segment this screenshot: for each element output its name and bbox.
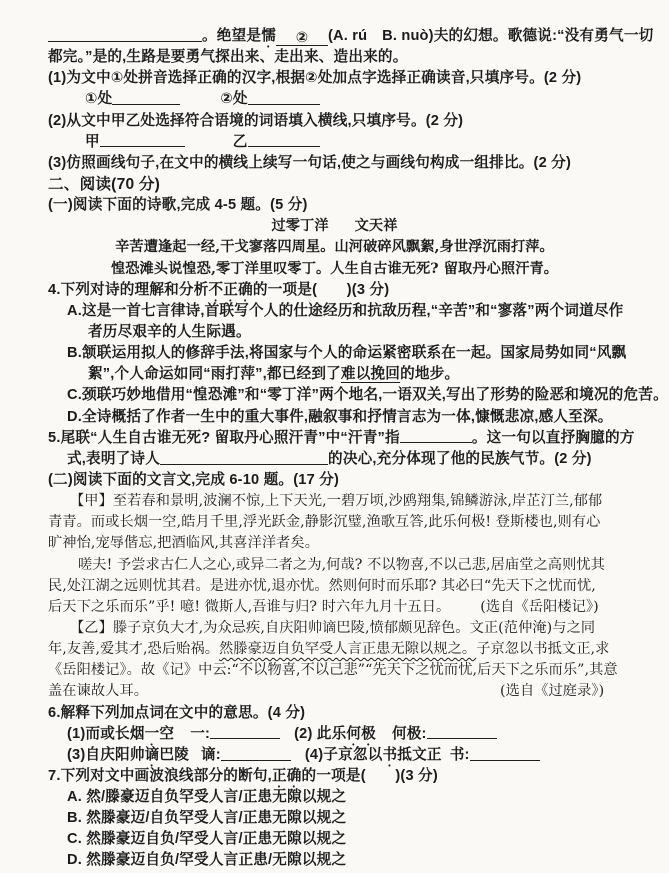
- text-run: (1)为文中①处拼音选择正确的汉字,根据②处加点字选择正确读音,只填序号。(2 …: [48, 70, 581, 86]
- text-run: ②处: [220, 91, 247, 107]
- text-run: (二)阅读下面的文言文,完成 6-10 题。(17 分): [48, 472, 339, 488]
- spacer: [450, 610, 480, 611]
- text-run: 都完。”是的,生路是要勇气探出来、走出来、造出来的。: [48, 49, 408, 65]
- q5-stem-line-2: 式,表明了诗人的决心,充分体现了他的民族气节。(2 分): [0, 449, 669, 470]
- text-run: 巴陵: [159, 747, 189, 763]
- q6-stem: 6.解释下列加点词在文中的意思。(4 分): [0, 703, 669, 724]
- text-run: 二、阅读(70 分): [48, 176, 160, 193]
- text-run: D.全诗概括了作者一生中的重大事件,融叙事和抒情言志为一体,慷慨悲凉,感人至深。: [67, 409, 613, 425]
- passage-yi-line-3: 《岳阳楼记》。故《记》中云:“不以物喜,不以己悲”“先天下之忧而忧,后天下之乐而…: [0, 660, 669, 681]
- q2-stem: (2)从文中甲乙处选择符合语境的词语填入横线,只填序号。(2 分): [0, 111, 669, 132]
- q7-option-c: C. 然滕豪迈自负/罕受人言/正患无隙以规之: [0, 829, 669, 850]
- q4-option-d: D.全诗概括了作者一生中的重大事件,融叙事和抒情言志为一体,慷慨悲凉,感人至深。: [0, 407, 669, 428]
- text-run: 6.解释下列加点词在文中的意思。(4 分): [48, 705, 305, 721]
- part-two-instruction: (二)阅读下面的文言文,完成 6-10 题。(17 分): [0, 470, 669, 491]
- text-run: 7.下列对文中画波浪线部分的断句,: [48, 768, 272, 784]
- answer-blank: [110, 27, 202, 42]
- text-run: (2)从文中甲乙处选择符合语境的词语填入横线,只填序号。(2 分): [48, 113, 463, 129]
- spacer: [442, 758, 450, 759]
- text-run: C. 然滕豪迈自负/罕受人言/正患无隙以规之: [67, 831, 346, 847]
- text-run: 式,表明了诗人: [67, 451, 160, 467]
- part-one-instruction: (一)阅读下面的诗歌,完成 4-5 题。(5 分): [0, 195, 669, 216]
- text-run: 4.下列对诗的理解和分析: [48, 282, 209, 298]
- text-run: 。绝望是: [202, 28, 261, 44]
- passage-jia-line-6: 后天下之乐而乐”乎! 噫! 微斯人,吾谁与归? 时六年九月十五日。(选自《岳阳楼…: [0, 597, 669, 618]
- text-run: (3)自庆阳帅: [67, 747, 145, 763]
- q4-option-a: A.这是一首七言律诗,首联写个人的仕途经历和抗敌历程,“辛苦”和“寥落”两个词道…: [0, 301, 669, 322]
- passage-jia-line-5: 民,处江湖之远则忧其君。是进亦忧,退亦忧。然则何时而乐耶? 其必曰“先天下之忧而…: [0, 576, 669, 597]
- answer-blank: [160, 450, 328, 465]
- text-run: 【乙】滕子京负大才,为众忌疾,自庆阳帅谪巴陵,愤郁颇见辞色。文正(范仲淹)与之同: [70, 620, 595, 636]
- document-content: 。绝望是懦②(A. rú B. nuò)夫的幻想。歌德说:“没有勇气一切都完。”…: [0, 0, 669, 872]
- text-run: 文天祥: [355, 218, 398, 234]
- text-run: 抵文正: [397, 747, 441, 763]
- dotted-term: 懦: [261, 28, 276, 44]
- text-run: 辛苦遭逢起一经,干戈寥落四周星。山河破碎风飘絮,身世浮沉雨打萍。: [115, 239, 554, 255]
- text-run: 的一项是( )(3 分): [302, 768, 438, 784]
- q2-answer-line: 甲乙: [0, 132, 669, 153]
- q4-option-b: B.颔联运用拟人的修辞手法,将国家与个人的命运紧密联系在一起。国家局势如同“风飘: [0, 343, 669, 364]
- text-run: 《岳阳楼记》。故《记》中云:“不以物喜,不以己悲”“先天下之忧而忧,后天下之乐而…: [48, 662, 618, 678]
- q4-stem: 4.下列对诗的理解和分析不正确的一项是( )(3 分): [0, 280, 669, 301]
- text-run: (一)阅读下面的诗歌,完成 4-5 题。(5 分): [48, 197, 308, 213]
- dotted-term: 谪: [145, 747, 160, 763]
- dotted-term: 正确: [272, 768, 302, 784]
- spacer: [189, 758, 201, 759]
- spacer: [185, 145, 233, 146]
- passage-yi-line-2: 年,友善,爱其才,恐后贻祸。然滕豪迈自负罕受人言正患无隙以规之。子京忽以书抵文正…: [0, 639, 669, 660]
- text-run: 5.尾联“人生自古谁无死? 留取丹心照汗青”中“汗青”指: [48, 430, 400, 446]
- text-run: 絮”,个人命运如同“雨打萍”,都已经到了: [88, 366, 341, 382]
- text-run: 盖在谏故人耳。: [48, 683, 148, 699]
- text-run: 。这一句以直抒胸臆的方: [472, 430, 635, 446]
- text-run: 甲: [85, 134, 100, 150]
- answer-blank: [112, 90, 180, 105]
- intro-line-2: 都完。”是的,生路是要勇气探出来、走出来、造出来的。: [0, 47, 669, 68]
- answer-blank: [48, 27, 110, 42]
- passage-yi-line-4: 盖在谏故人耳。(选自《过庭录》): [0, 681, 669, 702]
- exam-paper-page: 。绝望是懦②(A. rú B. nuò)夫的幻想。歌德说:“没有勇气一切都完。”…: [0, 0, 669, 873]
- text-run: 的决心,充分体现了他的民族气节。(2 分): [328, 451, 592, 467]
- wavy-underlined-sentence: 然滕豪迈自负罕受人言正患无隙以规之。: [219, 641, 476, 657]
- text-run: 谪:: [201, 747, 221, 763]
- underlined-phrase: 难以挽回: [341, 366, 400, 382]
- q7-option-d: D. 然滕豪迈自负/罕受人言正患/无隙以规之: [0, 850, 669, 871]
- answer-blank: [470, 746, 540, 761]
- passage-jia-line-4: 嗟夫! 予尝求古仁人之心,或异二者之为,何哉? 不以物喜,不以己悲,居庙堂之高则…: [0, 555, 669, 576]
- text-run: 旷神怡,宠辱偕忘,把酒临风,其喜洋洋者矣。: [48, 535, 319, 551]
- answer-blank: [100, 133, 185, 148]
- q7-option-a: A. 然/滕豪迈自负罕受人言/正患无隙以规之: [0, 787, 669, 808]
- text-run: 惶恐滩头说惶恐,零丁洋里叹零丁。人生自古谁无死? 留取丹心照汗青。: [111, 261, 558, 277]
- text-run: 子京忽以书抵文正,求: [476, 641, 609, 657]
- passage-jia-line-1: 【甲】至若春和景明,波澜不惊,上下天光,一碧万顷,沙鸥翔集,锦鳞游泳,岸芷汀兰,…: [0, 491, 669, 512]
- spacer: [280, 737, 294, 738]
- poem-line-1: 辛苦遭逢起一经,干戈寥落四周星。山河破碎风飘絮,身世浮沉雨打萍。: [0, 237, 669, 258]
- answer-blank: [400, 429, 472, 444]
- text-run: 过零丁洋: [271, 218, 328, 234]
- text-run: 一:: [190, 726, 210, 742]
- text-run: 者历尽艰辛的人生际遇。: [88, 324, 251, 340]
- answer-blank: [248, 90, 320, 105]
- text-run: 乙: [233, 134, 248, 150]
- q7-stem: 7.下列对文中画波浪线部分的断句,正确的一项是( )(3 分): [0, 766, 669, 787]
- text-run: 何极:: [392, 726, 427, 742]
- text-run: C.颈联巧妙地借用“惶恐滩”和“零丁洋”两个地名,一语双关,写出了形势的险恶和境…: [67, 387, 668, 403]
- passage-yi-line-1: 【乙】滕子京负大才,为众忌疾,自庆阳帅谪巴陵,愤郁颇见辞色。文正(范仲淹)与之同: [0, 618, 669, 639]
- q1-stem: (1)为文中①处拼音选择正确的汉字,根据②处加点字选择正确读音,只填序号。(2 …: [0, 68, 669, 89]
- poem-title-line: 过零丁洋文天祥: [0, 216, 669, 237]
- text-run: 青青。而或长烟一空,皓月千里,浮光跃金,静影沉璧,渔歌互答,此乐何极! 登斯楼也…: [48, 514, 600, 530]
- q5-stem-line-1: 5.尾联“人生自古谁无死? 留取丹心照汗青”中“汗青”指。这一句以直抒胸臆的方: [0, 428, 669, 449]
- answer-blank: [427, 725, 497, 740]
- q4-option-b-cont: 絮”,个人命运如同“雨打萍”,都已经到了难以挽回的地步。: [0, 364, 669, 385]
- q6-row-1: (1)而或长烟一空一:(2) 此乐何极何极:: [0, 724, 669, 745]
- text-run: (2) 此乐: [294, 726, 346, 742]
- text-run: A. 然/滕豪迈自负罕受人言/正患无隙以规之: [67, 789, 346, 805]
- source-citation: (选自《过庭录》): [500, 683, 604, 699]
- text-run: (4)子京忽以: [305, 747, 383, 763]
- q3-stem: (3)仿照画线句子,在文中的横线上续写一句话,使之与画线句构成一组排比。(2 分…: [0, 153, 669, 174]
- q7-option-b: B. 然滕豪迈/自负罕受人言/正患无隙以规之: [0, 808, 669, 829]
- text-run: 的一项是( )(3 分): [253, 282, 389, 298]
- dotted-term: 何极: [346, 726, 376, 742]
- answer-blank: [221, 746, 291, 761]
- answer-blank: ②: [276, 31, 328, 46]
- passage-jia-line-2: 青青。而或长烟一空,皓月千里,浮光跃金,静影沉璧,渔歌互答,此乐何极! 登斯楼也…: [0, 512, 669, 533]
- spacer: [376, 737, 392, 738]
- text-run: 嗟夫! 予尝求古仁人之心,或异二者之为,何哉? 不以物喜,不以己悲,居庙堂之高则…: [78, 557, 605, 573]
- q1-answer-line: ①处②处: [0, 89, 669, 110]
- text-run: 后天下之乐而乐”乎! 噫! 微斯人,吾谁与归? 时六年九月十五日。: [48, 599, 450, 615]
- spacer: [148, 694, 500, 695]
- answer-blank: [210, 725, 280, 740]
- answer-blank: [248, 133, 320, 148]
- spacer: [180, 102, 220, 103]
- text-run: (3)仿照画线句子,在文中的横线上续写一句话,使之与画线句构成一组排比。(2 分…: [48, 155, 571, 171]
- source-citation: (选自《岳阳楼记》): [480, 599, 598, 615]
- q6-row-2: (3)自庆阳帅谪巴陵谪:(4)子京忽以书抵文正书:: [0, 745, 669, 766]
- text-run: ①处: [85, 91, 112, 107]
- text-run: B. 然滕豪迈/自负罕受人言/正患无隙以规之: [67, 810, 346, 826]
- text-run: 书:: [450, 747, 470, 763]
- dotted-term: 不正确: [209, 282, 253, 298]
- text-run: B.颔联运用拟人的修辞手法,将国家与个人的命运紧密联系在一起。国家局势如同“风飘: [67, 345, 626, 361]
- dotted-term: 一: [145, 726, 160, 742]
- passage-jia-line-3: 旷神怡,宠辱偕忘,把酒临风,其喜洋洋者矣。: [0, 533, 669, 554]
- section-heading-reading: 二、阅读(70 分): [0, 174, 669, 195]
- poem-line-2: 惶恐滩头说惶恐,零丁洋里叹零丁。人生自古谁无死? 留取丹心照汗青。: [0, 259, 669, 280]
- spacer: [291, 758, 305, 759]
- text-run: 的地步。: [400, 366, 459, 382]
- text-run: 年,友善,爱其才,恐后贻祸。: [48, 641, 219, 657]
- dotted-term: 书: [383, 747, 398, 763]
- text-run: (1)而或长烟: [67, 726, 145, 742]
- text-run: A.这是一首七言律诗,首联写个人的仕途经历和抗敌历程,“辛苦”和“寥落”两个词道…: [67, 303, 623, 319]
- text-run: D. 然滕豪迈自负/罕受人言正患/无隙以规之: [67, 852, 346, 868]
- text-run: 空: [159, 726, 174, 742]
- text-run: 【甲】至若春和景明,波澜不惊,上下天光,一碧万顷,沙鸥翔集,锦鳞游泳,岸芷汀兰,…: [70, 493, 602, 509]
- q4-option-c: C.颈联巧妙地借用“惶恐滩”和“零丁洋”两个地名,一语双关,写出了形势的险恶和境…: [0, 385, 669, 406]
- text-run: 民,处江湖之远则忧其君。是进亦忧,退亦忧。然则何时而乐耶? 其必曰“先天下之忧而…: [48, 578, 596, 594]
- spacer: [329, 229, 355, 230]
- intro-line-1: 。绝望是懦②(A. rú B. nuò)夫的幻想。歌德说:“没有勇气一切: [0, 26, 669, 47]
- q4-option-a-cont: 者历尽艰辛的人生际遇。: [0, 322, 669, 343]
- spacer: [174, 737, 190, 738]
- text-run: (A. rú B. nuò)夫的幻想。歌德说:“没有勇气一切: [328, 28, 653, 44]
